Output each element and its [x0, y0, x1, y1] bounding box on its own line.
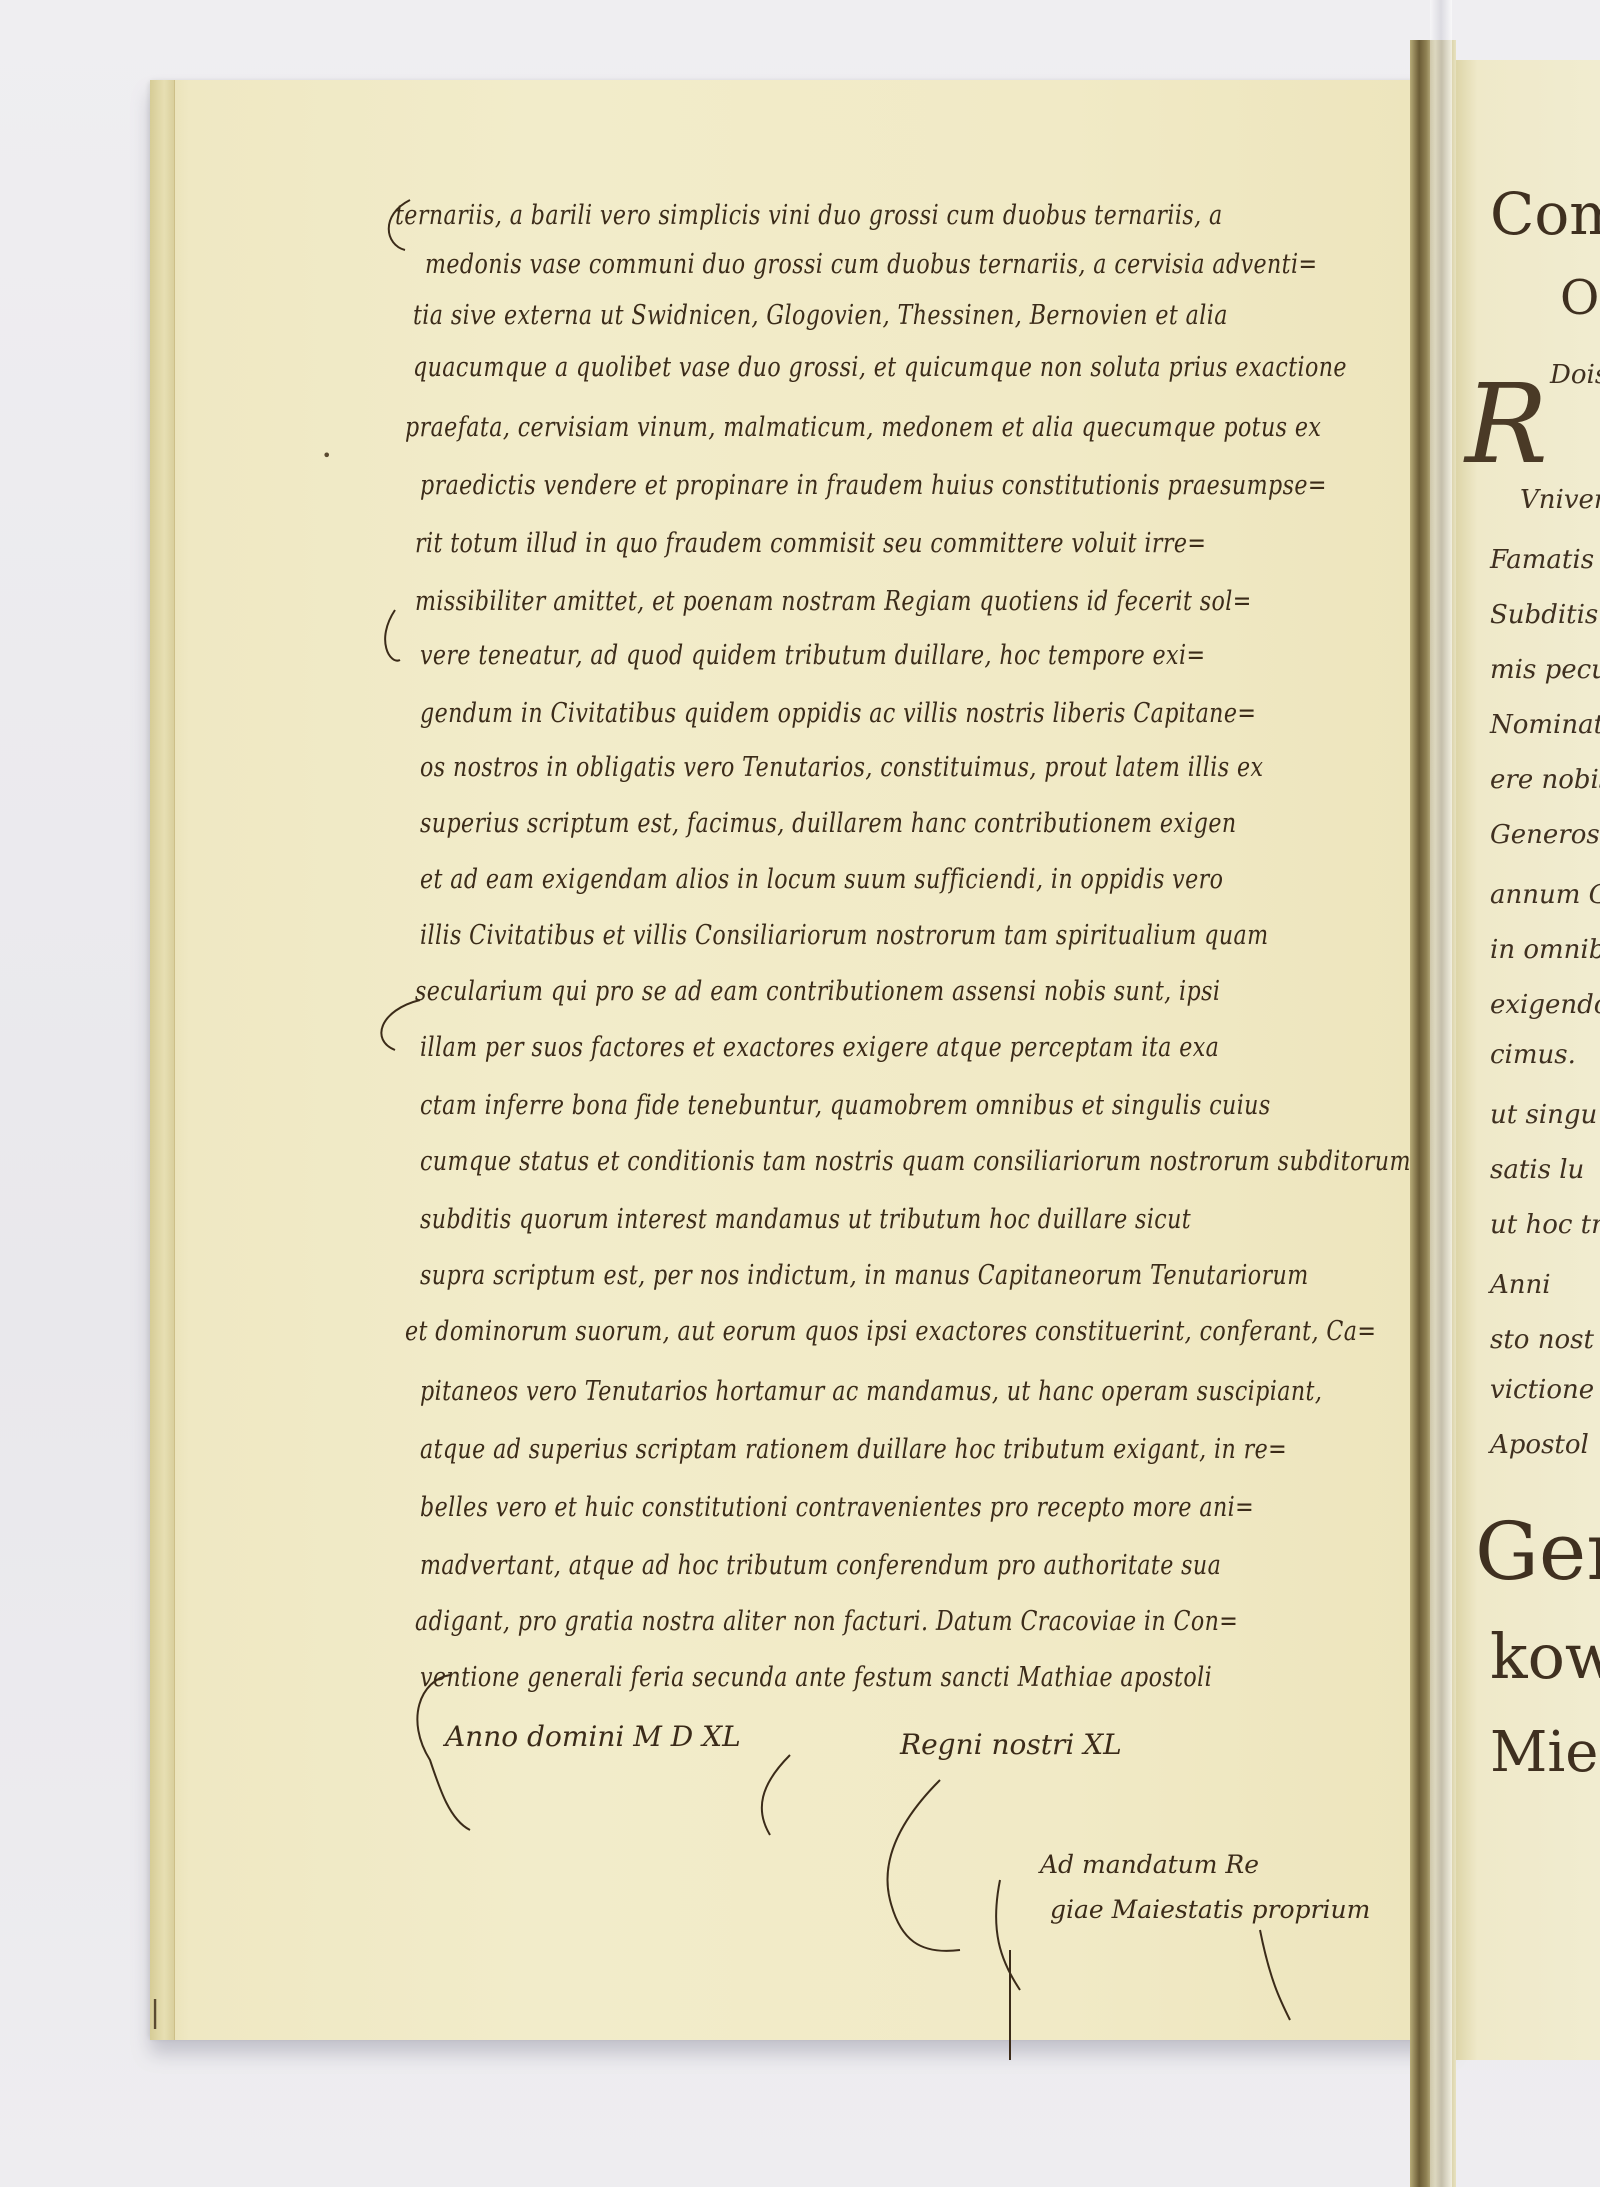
- text-line: illis Civitatibus et villis Consiliarior…: [420, 920, 1269, 951]
- text-line: tia sive externa ut Swidnicen, Glogovien…: [413, 300, 1228, 331]
- right-line: cimus.: [1490, 1040, 1576, 1070]
- text-line: gendum in Civitatibus quidem oppidis ac …: [420, 698, 1256, 729]
- text-line: praefata, cervisiam vinum, malmaticum, m…: [405, 412, 1321, 443]
- text-line: medonis vase communi duo grossi cum duob…: [425, 249, 1317, 280]
- right-line: ut singu: [1490, 1100, 1597, 1130]
- page-edge: [150, 80, 175, 2040]
- text-line: rit totum illud in quo fraudem commisit …: [415, 528, 1206, 559]
- right-line: satis lu: [1490, 1155, 1584, 1185]
- text-line: supra scriptum est, per nos indictum, in…: [420, 1260, 1309, 1291]
- text-line: subditis quorum interest mandamus ut tri…: [420, 1204, 1191, 1235]
- right-heading-2: O: [1560, 270, 1599, 326]
- text-line: illam per suos factores et exactores exi…: [420, 1032, 1219, 1063]
- right-line: Generosi: [1490, 820, 1600, 850]
- right-initial: R: [1465, 360, 1548, 488]
- right-line: Nominat: [1490, 710, 1600, 740]
- text-line: missibiliter amittet, et poenam nostram …: [415, 586, 1252, 617]
- right-line: Dois: [1550, 360, 1600, 390]
- right-line: Subditis: [1490, 600, 1598, 630]
- subscription-line-2: giae Maiestatis proprium: [1050, 1895, 1370, 1924]
- text-line: ventione generali feria secunda ante fes…: [420, 1662, 1212, 1693]
- text-line: ctam inferre bona fide tenebuntur, quamo…: [420, 1090, 1271, 1121]
- right-line: ere nobis: [1490, 765, 1600, 795]
- right-line: exigendo: [1490, 990, 1600, 1020]
- text-line: et dominorum suorum, aut eorum quos ipsi…: [405, 1316, 1376, 1347]
- margin-tick: |: [150, 1995, 160, 2030]
- dating-regnal: Regni nostri XL: [900, 1728, 1122, 1761]
- dating-year: Anno domini M D XL: [445, 1720, 741, 1753]
- subscription-line-1: Ad mandatum Re: [1040, 1850, 1259, 1879]
- right-line: Anni: [1490, 1270, 1551, 1300]
- text-line: adigant, pro gratia nostra aliter non fa…: [415, 1606, 1238, 1637]
- right-line: sto nost: [1490, 1325, 1594, 1355]
- text-line: atque ad superius scriptam rationem duil…: [420, 1434, 1287, 1465]
- text-line: belles vero et huic constitutioni contra…: [420, 1492, 1254, 1523]
- text-line: et ad eam exigendam alios in locum suum …: [420, 864, 1223, 895]
- text-line: secularium qui pro se ad eam contributio…: [415, 976, 1220, 1007]
- text-line: praedictis vendere et propinare in fraud…: [420, 470, 1327, 501]
- right-line: Famatis: [1490, 545, 1594, 575]
- right-line: victione: [1490, 1375, 1594, 1405]
- right-lower-heading-1: Gen: [1475, 1505, 1600, 1598]
- right-line: mis pecu: [1490, 655, 1600, 685]
- text-line: superius scriptum est, facimus, duillare…: [420, 808, 1237, 839]
- right-line: annum G: [1490, 880, 1600, 910]
- margin-dot: •: [322, 446, 331, 465]
- right-line: Apostol: [1490, 1430, 1589, 1460]
- text-line: cumque status et conditionis tam nostris…: [420, 1146, 1411, 1177]
- glass-rod: [1430, 0, 1452, 2187]
- right-line: Vniversi: [1520, 485, 1600, 515]
- text-line: quacumque a quolibet vase duo grossi, et…: [413, 352, 1347, 383]
- text-line: madvertant, atque ad hoc tributum confer…: [420, 1550, 1221, 1581]
- text-line: ternariis, a barili vero simplicis vini …: [395, 200, 1223, 231]
- text-line: os nostros in obligatis vero Tenutarios,…: [420, 752, 1263, 783]
- text-line: pitaneos vero Tenutarios hortamur ac man…: [420, 1376, 1322, 1407]
- right-lower-heading-2: kow: [1490, 1620, 1600, 1693]
- text-line: vere teneatur, ad quod quidem tributum d…: [420, 640, 1205, 671]
- right-line: ut hoc tr: [1490, 1210, 1600, 1240]
- right-lower-heading-3: Mied: [1490, 1720, 1600, 1785]
- right-heading-1: Comm: [1490, 180, 1600, 248]
- right-line: in omnib: [1490, 935, 1600, 965]
